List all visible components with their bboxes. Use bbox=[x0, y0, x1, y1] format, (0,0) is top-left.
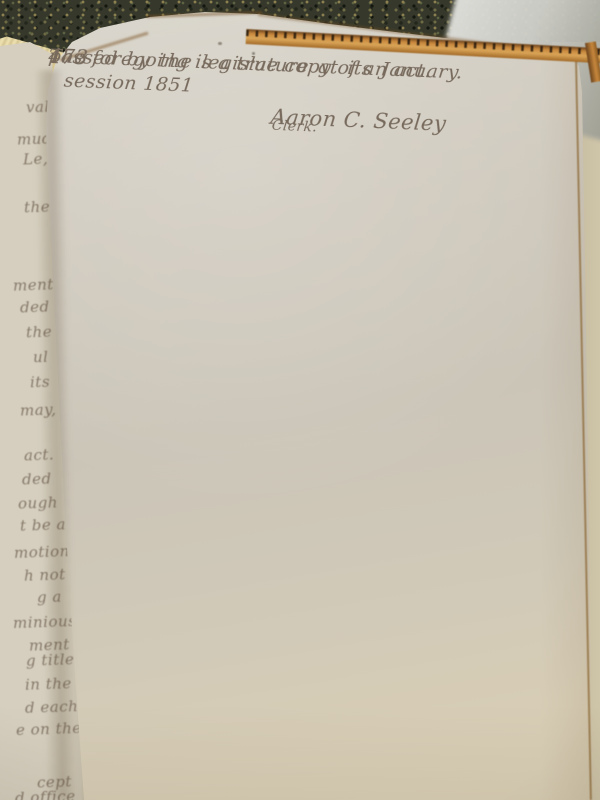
act-number: 473 bbox=[47, 44, 147, 72]
paper-fleck bbox=[218, 42, 222, 45]
photo-of-manuscript: valmudLe,thementdedtheulitsmay,act.dedou… bbox=[0, 0, 600, 800]
clerk-label: Clerk. bbox=[270, 114, 318, 140]
